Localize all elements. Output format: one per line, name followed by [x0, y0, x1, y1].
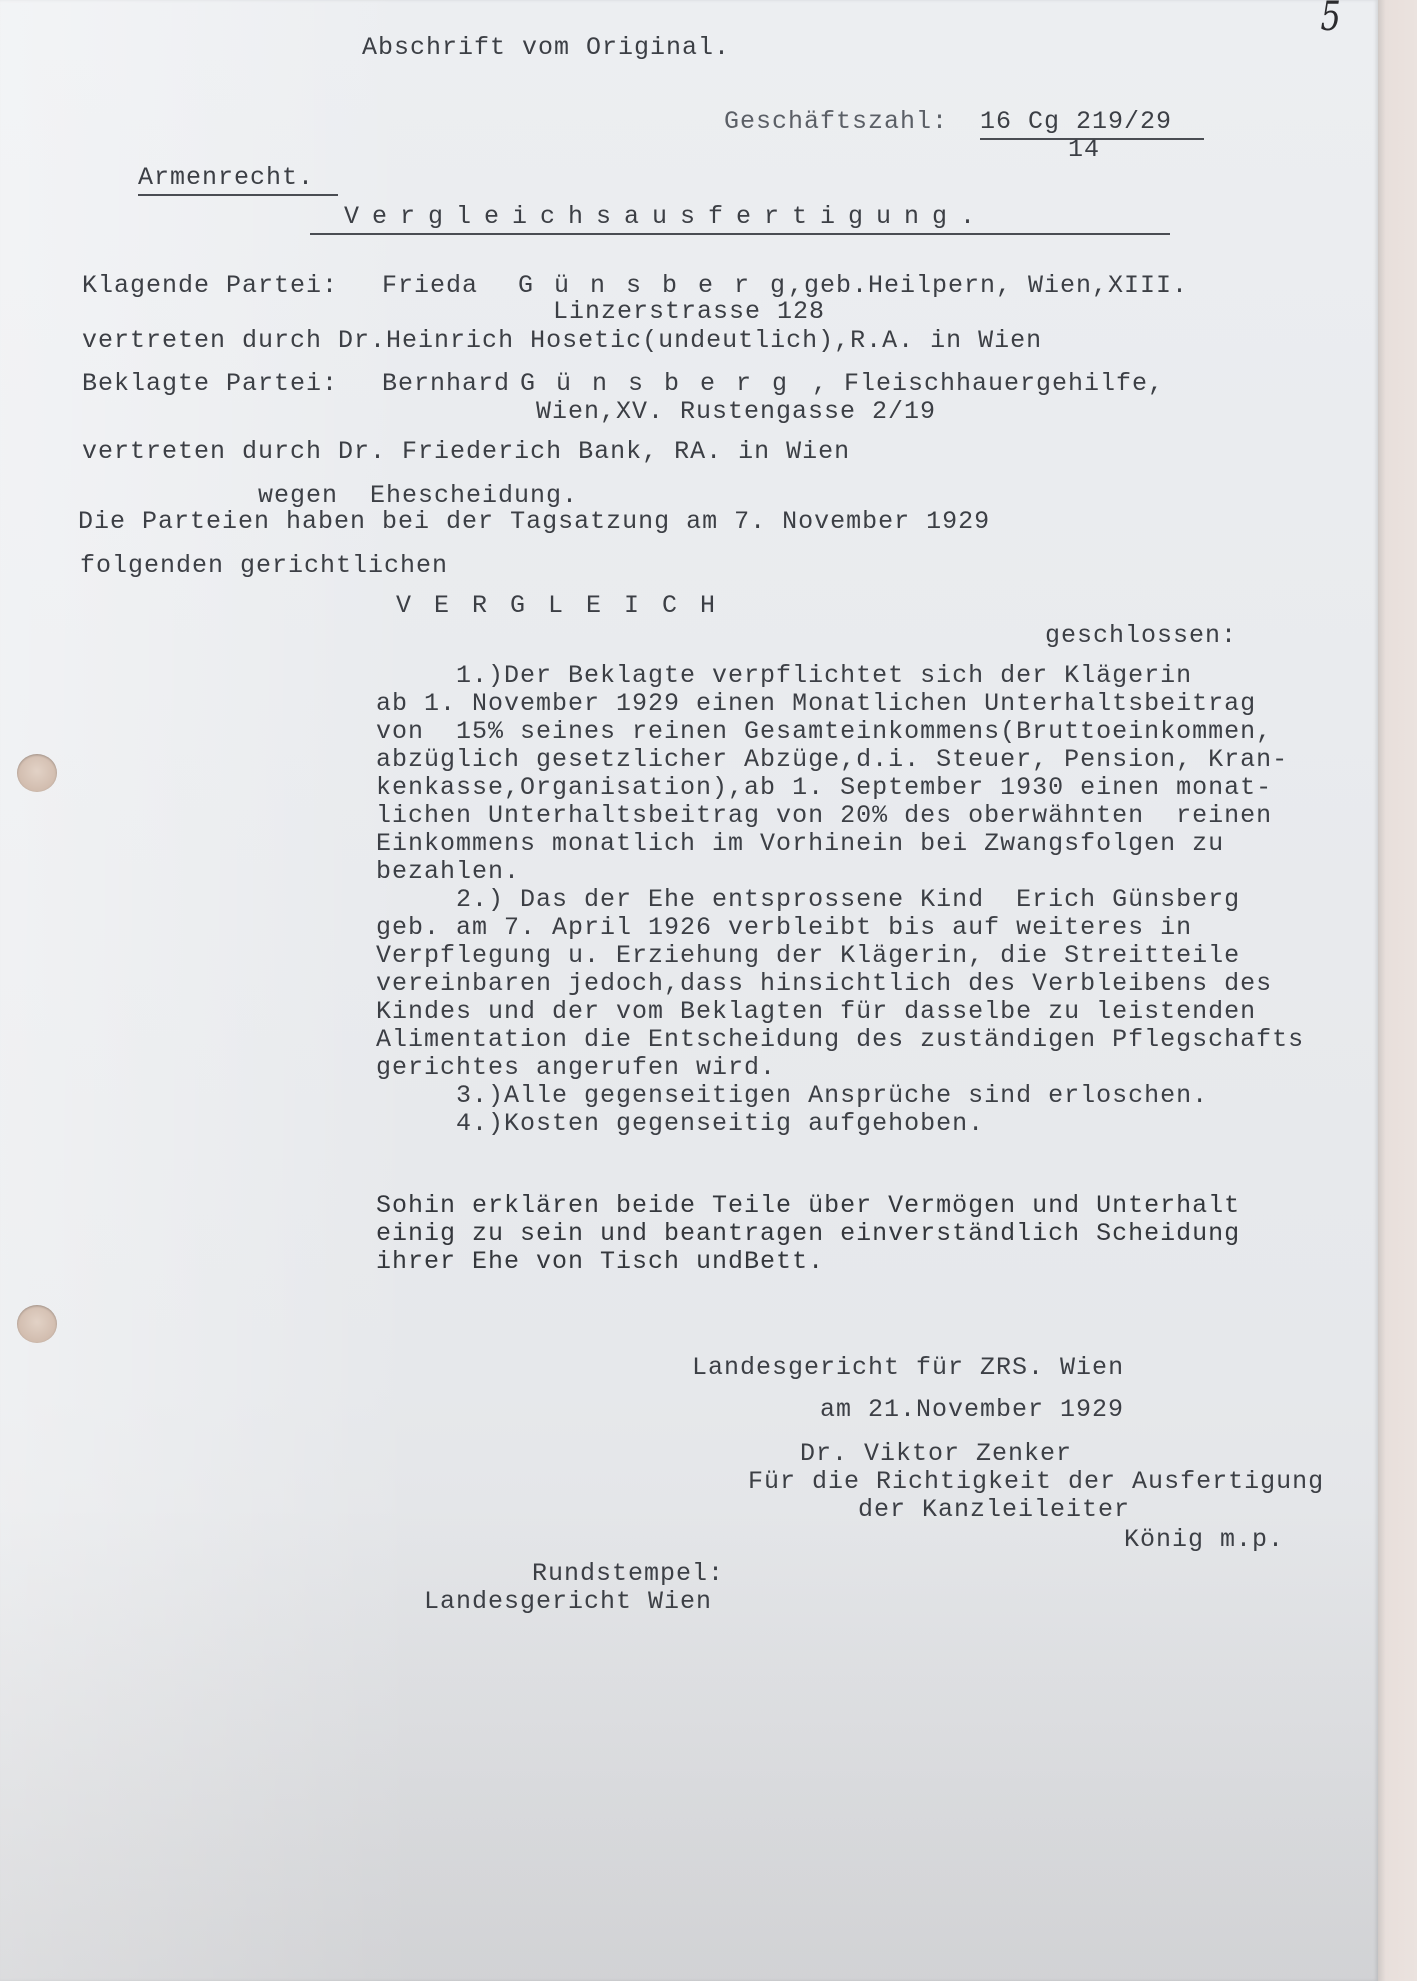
punch-hole-top — [17, 754, 57, 792]
court-name: Landesgericht für ZRS. Wien — [692, 1354, 1124, 1382]
clause-line: vereinbaren jedoch,dass hinsichtlich des… — [376, 970, 1304, 998]
certification-line: Für die Richtigkeit der Ausfertigung — [748, 1468, 1324, 1496]
intro-line-2: folgenden gerichtlichen — [80, 552, 448, 580]
concluded-label: geschlossen: — [1045, 622, 1237, 650]
plaintiff-details: ,geb.Heilpern, Wien,XIII. — [788, 272, 1188, 300]
plaintiff-first-name: Frieda — [382, 272, 478, 300]
legal-aid-note: Armenrecht. — [138, 164, 338, 196]
clause-line: 1.)Der Beklagte verpflichtet sich der Kl… — [376, 662, 1304, 690]
matter-regarding: wegen Ehescheidung. — [258, 482, 578, 510]
clause-line: 3.)Alle gegenseitigen Ansprüche sind erl… — [376, 1082, 1304, 1110]
defendant-details: , Fleischhauergehilfe, — [812, 370, 1164, 398]
clause-line: abzüglich gesetzlicher Abzüge,d.i. Steue… — [376, 746, 1304, 774]
signature-date: am 21.November 1929 — [820, 1396, 1124, 1424]
clause-line: 4.)Kosten gegenseitig aufgehoben. — [376, 1110, 1304, 1138]
office-title: der Kanzleileiter — [858, 1496, 1130, 1524]
clause-line: bezahlen. — [376, 858, 1304, 886]
punch-hole-bottom — [17, 1305, 57, 1343]
defendant-counsel: vertreten durch Dr. Friederich Bank, RA.… — [82, 438, 850, 466]
clause-line: 2.) Das der Ehe entsprossene Kind Erich … — [376, 886, 1304, 914]
defendant-label: Beklagte Partei: — [82, 370, 338, 398]
plaintiff-surname: G ü n s b e r g — [518, 272, 788, 300]
clerk-name: König m.p. — [1124, 1526, 1284, 1554]
plaintiff-address: Linzerstrasse 128 — [553, 298, 825, 326]
clause-3: 3.)Alle gegenseitigen Ansprüche sind erl… — [376, 1082, 1304, 1110]
clause-1: 1.)Der Beklagte verpflichtet sich der Kl… — [376, 662, 1304, 886]
clause-line: kenkasse,Organisation),ab 1. September 1… — [376, 774, 1304, 802]
copy-note: Abschrift vom Original. — [362, 34, 730, 62]
stamp-text: Landesgericht Wien — [424, 1588, 712, 1616]
clause-line: Alimentation die Entscheidung des zustän… — [376, 1026, 1304, 1054]
intro-line-1: Die Parteien haben bei der Tagsatzung am… — [78, 508, 990, 536]
defendant-address: Wien,XV. Rustengasse 2/19 — [536, 398, 936, 426]
clause-line: Einkommens monatlich im Vorhinein bei Zw… — [376, 830, 1304, 858]
judge-name: Dr. Viktor Zenker — [800, 1440, 1072, 1468]
case-number-label: Geschäftszahl: — [724, 108, 948, 136]
plaintiff-counsel: vertreten durch Dr.Heinrich Hosetic(unde… — [82, 327, 1042, 355]
clause-line: lichen Unterhaltsbeitrag von 20% des obe… — [376, 802, 1304, 830]
stamp-label: Rundstempel: — [532, 1560, 724, 1588]
defendant-surname: G ü n s b e r g — [520, 370, 790, 398]
settlement-heading: V E R G L E I C H — [396, 592, 719, 620]
closing-line: ihrer Ehe von Tisch undBett. — [376, 1248, 1240, 1276]
closing-statement: Sohin erklären beide Teile über Vermögen… — [376, 1192, 1240, 1276]
clause-line: von 15% seines reinen Gesamteinkommens(B… — [376, 718, 1304, 746]
page-edge — [1378, 0, 1417, 1981]
clause-2: 2.) Das der Ehe entsprossene Kind Erich … — [376, 886, 1304, 1082]
defendant-first-name: Bernhard — [382, 370, 510, 398]
case-subnumber: 14 — [1068, 136, 1100, 164]
clause-line: Verpflegung u. Erziehung der Klägerin, d… — [376, 942, 1304, 970]
clause-line: geb. am 7. April 1926 verbleibt bis auf … — [376, 914, 1304, 942]
closing-line: einig zu sein und beantragen einverständ… — [376, 1220, 1240, 1248]
clause-line: Kindes und der vom Beklagten für dasselb… — [376, 998, 1304, 1026]
plaintiff-label: Klagende Partei: — [82, 272, 338, 300]
closing-line: Sohin erklären beide Teile über Vermögen… — [376, 1192, 1240, 1220]
clause-line: ab 1. November 1929 einen Monatlichen Un… — [376, 690, 1304, 718]
clause-line: gerichtes angerufen wird. — [376, 1054, 1304, 1082]
document-title: Vergleichsausfertigung. — [310, 203, 1170, 235]
page-number-handwritten: 5 — [1321, 0, 1341, 40]
settlement-clauses: 1.)Der Beklagte verpflichtet sich der Kl… — [376, 662, 1304, 1138]
clause-4: 4.)Kosten gegenseitig aufgehoben. — [376, 1110, 1304, 1138]
